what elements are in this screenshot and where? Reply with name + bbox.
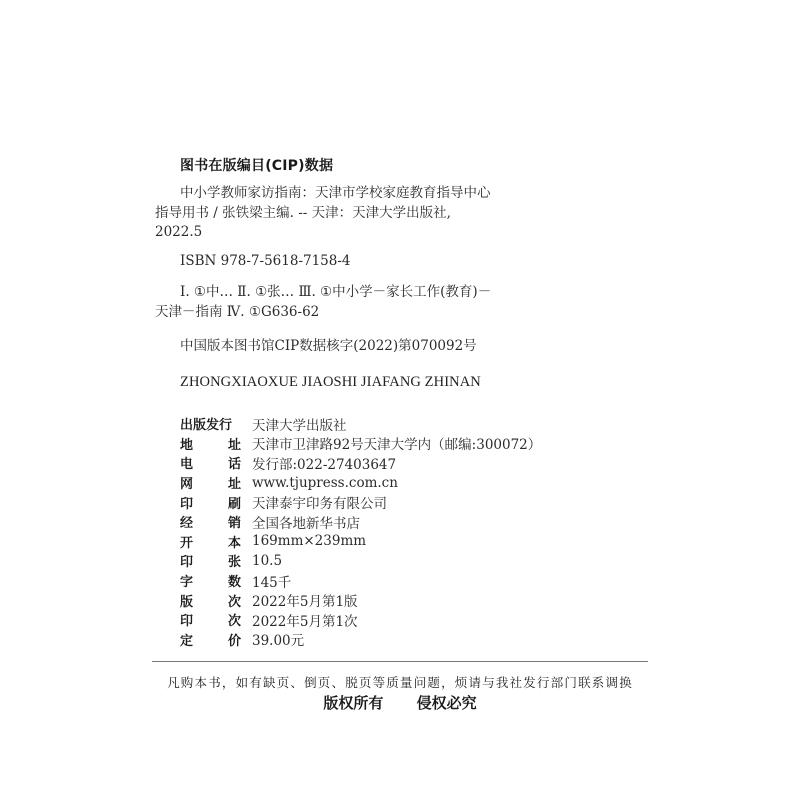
info-value-address: 天津市卫津路92号天津大学内（邮编:300072）	[252, 433, 541, 453]
info-value-phone: 发行部:022-27403647	[252, 453, 396, 473]
info-row-publisher: 出版发行 天津大学出版社	[180, 414, 541, 434]
info-row-printing: 印次 2022年5月第1次	[180, 610, 541, 630]
cip-verification-number: 中国版本图书馆CIP数据核字(2022)第070092号	[180, 334, 477, 354]
info-value-price: 39.00元	[252, 629, 304, 649]
info-label: 开本	[180, 532, 252, 551]
info-value-printer: 天津泰宇印务有限公司	[252, 492, 387, 512]
copyright-right: 侵权必究	[417, 694, 477, 712]
info-row-printer: 印刷 天津泰宇印务有限公司	[180, 492, 541, 512]
info-label: 字数	[180, 571, 252, 590]
info-row-website: 网址 www.tjupress.com.cn	[180, 473, 541, 493]
info-label: 网址	[180, 473, 252, 492]
cip-description: 中小学教师家访指南：天津市学校家庭教育指导中心指导用书 / 张铁梁主编. -- …	[155, 184, 495, 243]
info-value-distributor: 全国各地新华书店	[252, 512, 360, 532]
info-value-format: 169mm×239mm	[252, 533, 366, 549]
info-label: 印刷	[180, 493, 252, 512]
info-value-word-count: 145千	[252, 571, 291, 591]
info-value-website: www.tjupress.com.cn	[252, 475, 398, 491]
info-value-edition: 2022年5月第1版	[252, 590, 358, 610]
info-label: 定价	[180, 630, 252, 649]
info-row-format: 开本 169mm×239mm	[180, 532, 541, 552]
info-value-publisher: 天津大学出版社	[252, 414, 347, 434]
info-label: 出版发行	[180, 414, 252, 433]
info-label: 印张	[180, 551, 252, 570]
copyright-statement: 版权所有 侵权必究	[152, 692, 648, 713]
copyright-left: 版权所有	[323, 694, 383, 712]
info-row-sheets: 印张 10.5	[180, 551, 541, 571]
publication-info-table: 出版发行 天津大学出版社 地址 天津市卫津路92号天津大学内（邮编:300072…	[180, 414, 541, 649]
cip-classification: Ⅰ. ①中… Ⅱ. ①张… Ⅲ. ①中小学－家长工作(教育)－天津－指南 Ⅳ. …	[155, 283, 495, 322]
info-label: 印次	[180, 610, 252, 629]
info-label: 地址	[180, 434, 252, 453]
info-row-address: 地址 天津市卫津路92号天津大学内（邮编:300072）	[180, 434, 541, 454]
pinyin-title: ZHONGXIAOXUE JIAOSHI JIAFANG ZHINAN	[180, 374, 481, 391]
info-row-price: 定价 39.00元	[180, 630, 541, 650]
cip-title: 图书在版编目(CIP)数据	[180, 155, 333, 175]
info-label: 版次	[180, 591, 252, 610]
info-label: 电话	[180, 453, 252, 472]
info-row-phone: 电话 发行部:022-27403647	[180, 453, 541, 473]
info-row-distributor: 经销 全国各地新华书店	[180, 512, 541, 532]
info-value-sheets: 10.5	[252, 553, 282, 569]
copyright-page: 图书在版编目(CIP)数据 中小学教师家访指南：天津市学校家庭教育指导中心指导用…	[0, 0, 800, 800]
isbn: ISBN 978-7-5618-7158-4	[180, 253, 351, 269]
divider	[152, 661, 648, 662]
info-label: 经销	[180, 512, 252, 531]
info-row-word-count: 字数 145千	[180, 571, 541, 591]
info-value-printing: 2022年5月第1次	[252, 610, 358, 630]
quality-notice: 凡购本书，如有缺页、倒页、脱页等质量问题，烦请与我社发行部门联系调换	[152, 673, 648, 691]
info-row-edition: 版次 2022年5月第1版	[180, 590, 541, 610]
